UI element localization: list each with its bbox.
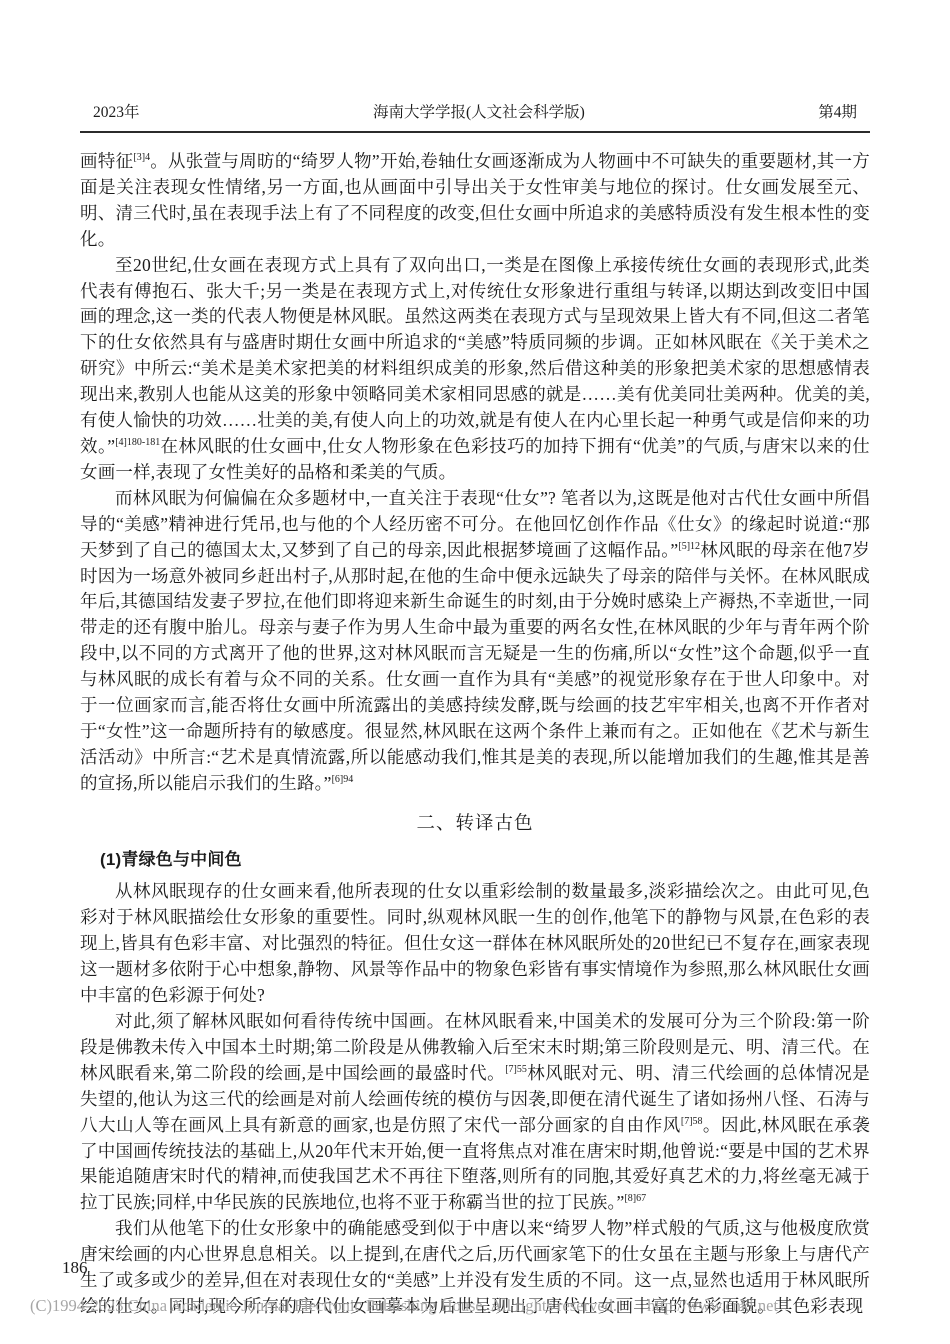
paragraph: 画特征[3]4。从张萱与周昉的“绮罗人物”开始,卷轴仕女画逐渐成为人物画中不可缺… bbox=[80, 149, 870, 253]
reference-superscript: [7]58 bbox=[681, 1116, 703, 1127]
page-body: 2023年 海南大学学报(人文社会科学版) 第4期 画特征[3]4。从张萱与周昉… bbox=[80, 0, 870, 1320]
cnki-footer: (C)1994-2023 China Academic Journal Elec… bbox=[30, 1296, 920, 1316]
page-number: 186 bbox=[62, 1258, 88, 1278]
footer-copyright: (C)1994-2023 China Academic Journal Elec… bbox=[30, 1296, 617, 1315]
subsection-heading: (1)青绿色与中间色 bbox=[80, 847, 870, 873]
reference-superscript: [5]12 bbox=[678, 541, 700, 552]
article-body: 画特征[3]4。从张萱与周昉的“绮罗人物”开始,卷轴仕女画逐渐成为人物画中不可缺… bbox=[80, 149, 870, 1320]
issue-number: 第4期 bbox=[818, 100, 857, 122]
paragraph: 而林风眠为何偏偏在众多题材中,一直关注于表现“仕女”? 笔者以为,这既是他对古代… bbox=[80, 486, 870, 797]
reference-superscript: [3]4 bbox=[133, 152, 150, 163]
paragraph: 至20世纪,仕女画在表现方式上具有了双向出口,一类是在图像上承接传统仕女画的表现… bbox=[80, 253, 870, 486]
paragraph: 对此,须了解林风眠如何看待传统中国画。在林风眠看来,中国美术的发展可分为三个阶段… bbox=[80, 1009, 870, 1216]
running-head: 2023年 海南大学学报(人文社会科学版) 第4期 bbox=[80, 100, 870, 122]
paragraph: 从林风眠现存的仕女画来看,他所表现的仕女以重彩绘制的数量最多,淡彩描绘次之。由此… bbox=[80, 879, 870, 1009]
section-heading: 二、转译古色 bbox=[80, 812, 870, 838]
reference-superscript: [7]55 bbox=[505, 1064, 527, 1075]
reference-superscript: [4]180-181 bbox=[115, 437, 160, 448]
reference-superscript: [6]94 bbox=[332, 774, 354, 785]
header-year: 2023年 bbox=[93, 100, 140, 122]
journal-title: 海南大学学报(人文社会科学版) bbox=[373, 100, 585, 122]
header-rule bbox=[80, 131, 870, 133]
journal-page: { "header": { "year": "2023年", "journal"… bbox=[0, 0, 950, 1344]
reference-superscript: [8]67 bbox=[624, 1194, 646, 1205]
footer-url[interactable]: http://www.cnki.net bbox=[647, 1296, 778, 1315]
